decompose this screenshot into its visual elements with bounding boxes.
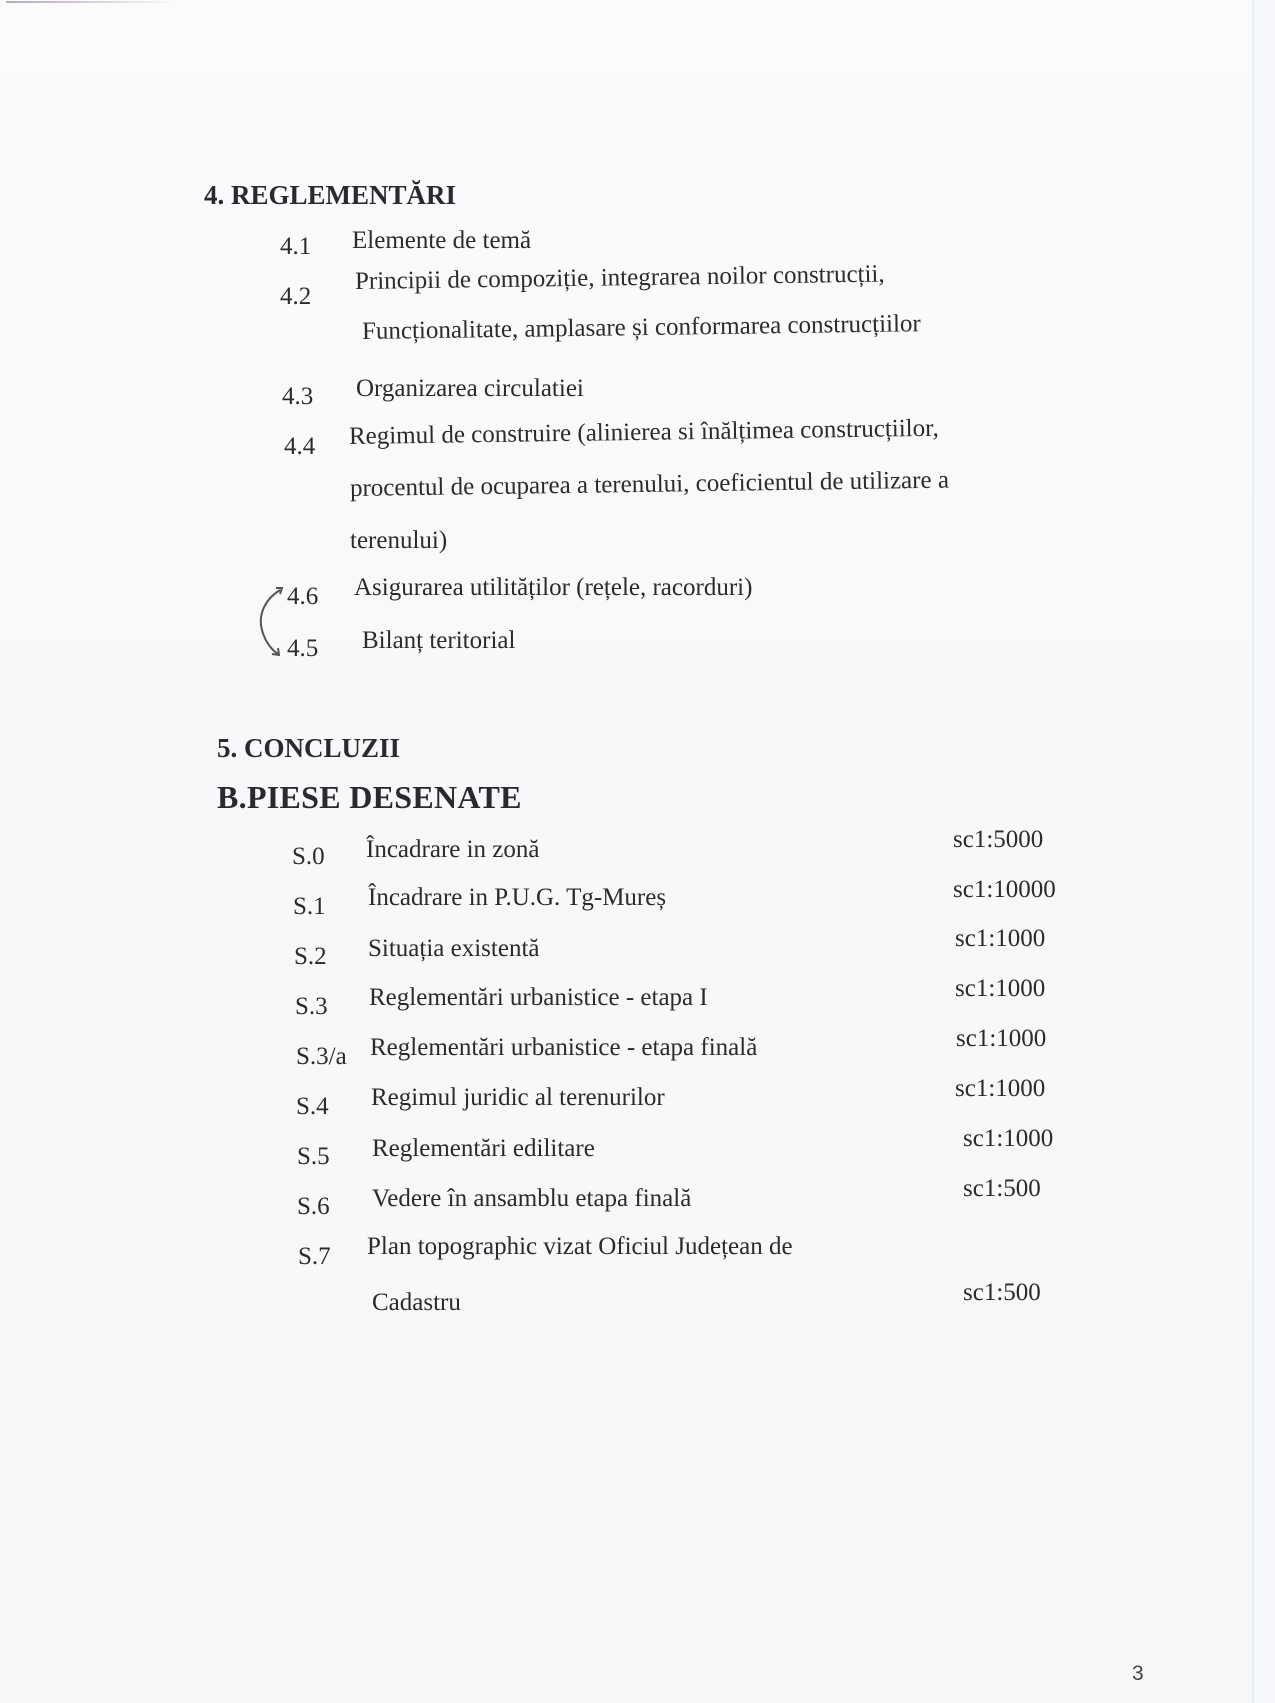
drawing-scale: sc1:1000 [955,975,1045,1003]
drawing-title-continued: Cadastru [372,1289,461,1317]
drawing-code: S.7 [298,1243,331,1271]
drawing-title: Vedere în ansamblu etapa finală [372,1185,691,1213]
item-number: 4.4 [284,433,315,461]
item-text: Asigurarea utilităților (rețele, racordu… [354,574,752,602]
item-number: 4.3 [282,383,313,411]
drawing-scale: sc1:1000 [955,1075,1045,1103]
item-number: 4.1 [280,233,311,261]
drawing-title: Regimul juridic al terenurilor [371,1084,665,1112]
item-number: 4.2 [280,283,311,311]
drawing-code: S.5 [297,1143,330,1171]
item-number: 4.6 [287,583,318,611]
drawing-scale: sc1:1000 [956,1025,1046,1053]
drawing-code: S.1 [293,893,326,921]
drawing-title: Reglementări urbanistice - etapa finală [370,1034,757,1062]
drawing-title: Plan topographic vizat Oficiul Județean … [367,1233,793,1261]
drawing-scale: sc1:500 [963,1279,1041,1307]
page-number: 3 [1132,1662,1144,1686]
drawing-code: S.3 [295,993,328,1021]
drawing-code: S.0 [292,843,325,871]
drawing-scale: sc1:10000 [953,876,1056,904]
drawing-title: Reglementări urbanistice - etapa I [369,984,708,1012]
drawing-title: Situația existentă [368,935,539,963]
document-page: 4. REGLEMENTĂRI 4.1 Elemente de temă 4.2… [0,0,1252,1703]
item-text: Organizarea circulatiei [356,375,584,403]
drawing-scale: sc1:1000 [955,925,1045,953]
drawing-code: S.3/a [296,1043,347,1071]
item-text: Elemente de temă [352,227,531,255]
item-number: 4.5 [287,635,318,663]
item-text-continued: procentul de ocuparea a terenului, coefi… [350,467,949,503]
item-text-continued: terenului) [350,527,447,555]
item-text: Bilanț teritorial [362,627,515,655]
drawing-code: S.4 [296,1093,329,1121]
section-b-heading: B.PIESE DESENATE [217,779,522,816]
drawing-code: S.6 [297,1193,330,1221]
item-text: Principii de compoziție, integrarea noil… [355,261,885,296]
drawing-title: Încadrare in zonă [366,836,540,864]
item-text-continued: Funcționalitate, amplasare și conformare… [362,310,921,346]
drawing-code: S.2 [294,943,327,971]
scan-edge [1252,0,1254,1703]
drawing-title: Reglementări edilitare [372,1135,595,1163]
drawing-title: Încadrare in P.U.G. Tg-Mureș [368,884,666,912]
curved-double-arrow-icon [254,582,288,662]
drawing-scale: sc1:500 [963,1175,1041,1203]
section-5-heading: 5. CONCLUZII [217,733,400,764]
drawing-scale: sc1:5000 [953,826,1043,854]
drawing-scale: sc1:1000 [963,1125,1053,1153]
section-4-heading: 4. REGLEMENTĂRI [204,180,456,211]
scan-artifact [6,1,176,3]
item-text: Regimul de construire (alinierea si înăl… [349,415,939,451]
